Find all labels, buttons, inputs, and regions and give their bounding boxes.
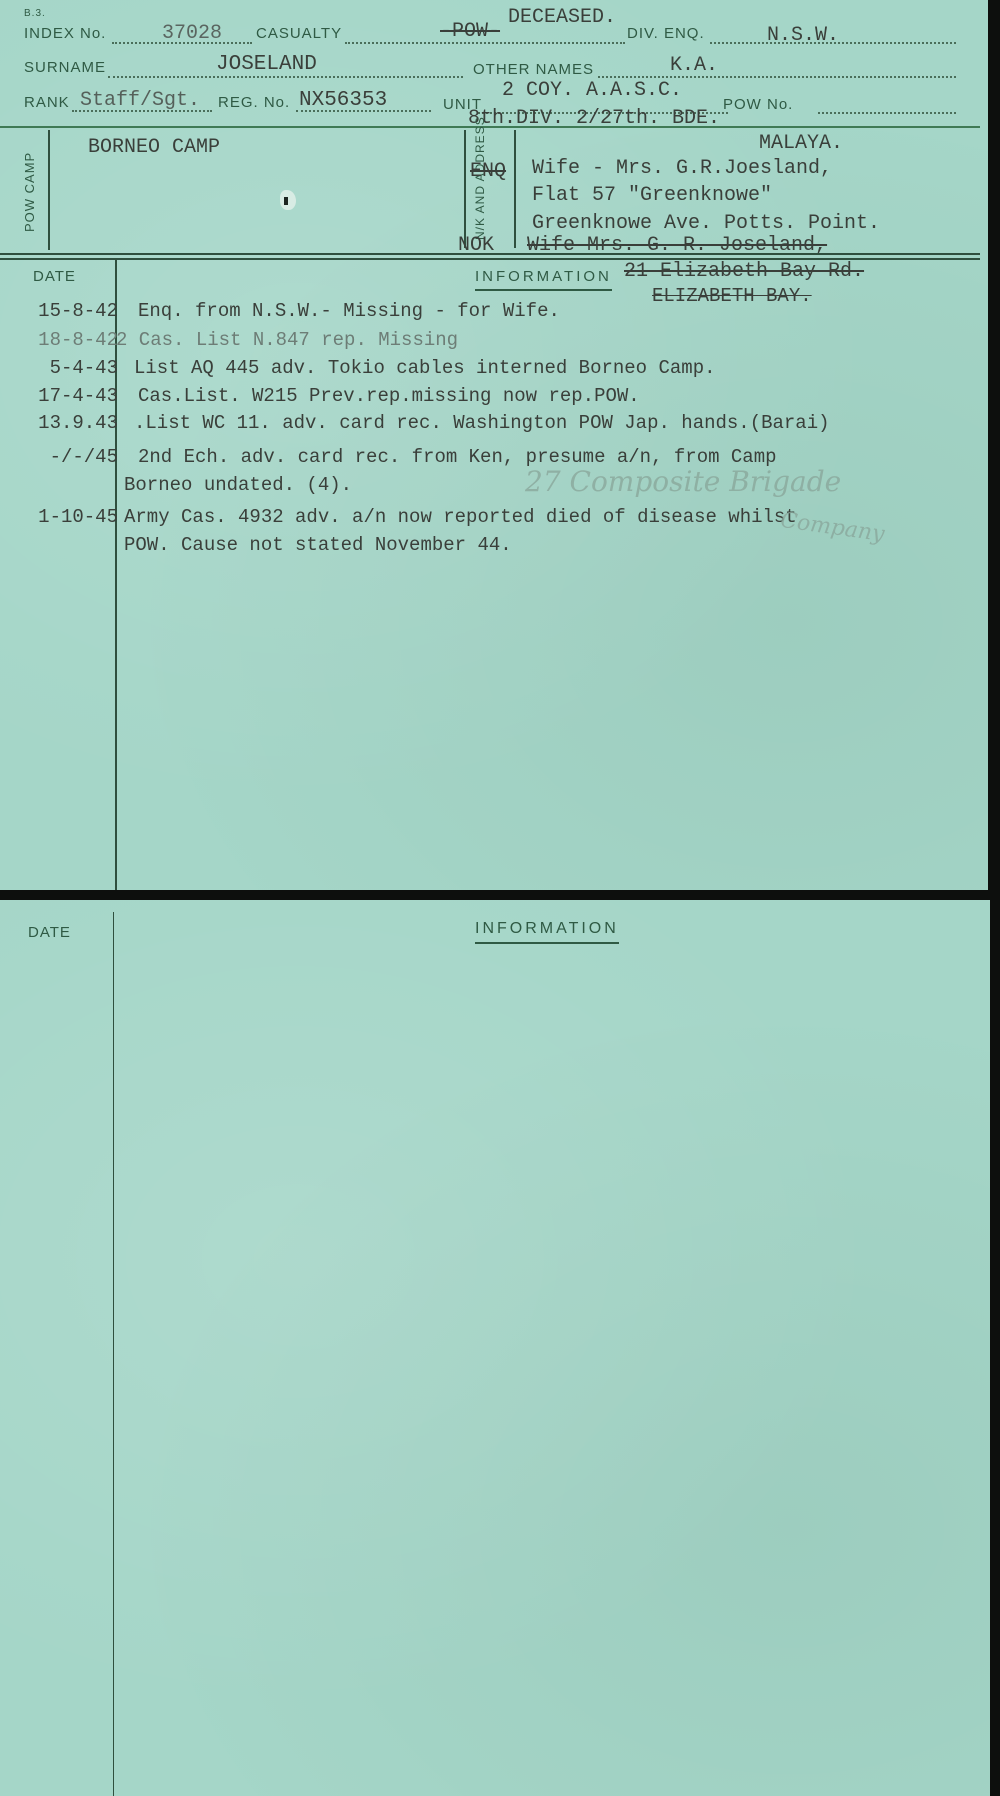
- casualty-value: DECEASED.: [508, 6, 616, 29]
- nk-column-line-right: [514, 130, 516, 248]
- surname-label: SURNAME: [24, 59, 106, 76]
- pow-no-dots: [818, 112, 956, 114]
- nok-struck-line-3: ELIZABETH BAY.: [652, 285, 812, 307]
- entry-text: Army Cas. 4932 adv. a/n now reported die…: [124, 506, 797, 528]
- nk-address-line-1: Wife - Mrs. G.R.Joesland,: [532, 157, 832, 180]
- entry-text: Borneo undated. (4).: [124, 474, 352, 496]
- information-header: INFORMATION: [475, 268, 612, 291]
- entry-text: List AQ 445 adv. Tokio cables interned B…: [134, 357, 716, 379]
- nok-struck-line-2: 21 Elizabeth Bay Rd.: [624, 260, 864, 283]
- index-no-label: INDEX No.: [24, 25, 106, 42]
- pow-no-label: POW No.: [723, 96, 793, 113]
- date-header: DATE: [33, 268, 76, 285]
- entry-date: 18-8-42: [6, 329, 118, 351]
- pow-camp-value: BORNEO CAMP: [88, 136, 220, 159]
- pow-camp-column-line: [48, 130, 50, 250]
- card-hole-mark-dark: [284, 197, 288, 205]
- rank-label: RANK: [24, 94, 70, 111]
- index-no-value: 37028: [162, 22, 222, 45]
- entry-text: POW. Cause not stated November 44.: [124, 534, 512, 556]
- record-card-front: B.3. INDEX No. 37028 CASUALTY -POW- DECE…: [0, 0, 988, 890]
- surname-dots: [108, 76, 463, 78]
- entry-date: 13.9.43: [6, 412, 118, 434]
- other-names-value: K.A.: [670, 54, 718, 77]
- reg-no-label: REG. No.: [218, 94, 290, 111]
- entry-date: 5-4-43: [6, 357, 118, 379]
- reg-no-value: NX56353: [299, 89, 387, 112]
- back-date-column-line: [113, 912, 114, 1796]
- other-names-dots: [598, 76, 956, 78]
- nk-address-line-3: Greenknowe Ave. Potts. Point.: [532, 212, 880, 235]
- section-divider: [0, 126, 980, 128]
- entry-date: -/-/45: [6, 446, 118, 468]
- entry-date: 15-8-42: [6, 300, 118, 322]
- handwritten-note-1: 27 Composite Brigade: [525, 465, 841, 498]
- unit-line1: 2 COY. A.A.S.C.: [502, 79, 682, 102]
- nk-column-line-left: [464, 130, 466, 248]
- entry-text: Cas.List. W215 Prev.rep.missing now rep.…: [138, 385, 640, 407]
- other-names-label: OTHER NAMES: [473, 61, 594, 78]
- surname-value: JOSELAND: [216, 53, 317, 76]
- entry-text: Enq. from N.S.W.- Missing - for Wife.: [138, 300, 560, 322]
- div-enq-label: DIV. ENQ.: [627, 25, 705, 42]
- nk-address-line-2: Flat 57 "Greenknowe": [532, 184, 772, 207]
- rank-value: Staff/Sgt.: [80, 89, 200, 112]
- card-hole-mark: [280, 190, 296, 210]
- entry-text: 2 Cas. List N.847 rep. Missing: [116, 329, 458, 351]
- entry-text: .List WC 11. adv. card rec. Washington P…: [134, 412, 830, 434]
- date-column-line: [115, 260, 117, 890]
- section-divider-double-1: [0, 253, 980, 255]
- record-card-back: DATE INFORMATION: [0, 900, 990, 1796]
- casualty-struck-value: -POW-: [440, 20, 500, 43]
- entry-date: 17-4-43: [6, 385, 118, 407]
- pow-camp-label: POW CAMP: [22, 152, 37, 232]
- entry-date: 1-10-45: [6, 506, 118, 528]
- handwritten-note-2: Company: [779, 508, 886, 547]
- casualty-label: CASUALTY: [256, 25, 342, 42]
- back-date-header: DATE: [28, 924, 71, 941]
- unit-line3: MALAYA.: [759, 132, 843, 155]
- back-information-header: INFORMATION: [475, 920, 619, 944]
- div-enq-value: N.S.W.: [767, 24, 839, 47]
- nk-enq-marker: ENQ: [470, 160, 506, 183]
- form-code: B.3.: [24, 8, 46, 19]
